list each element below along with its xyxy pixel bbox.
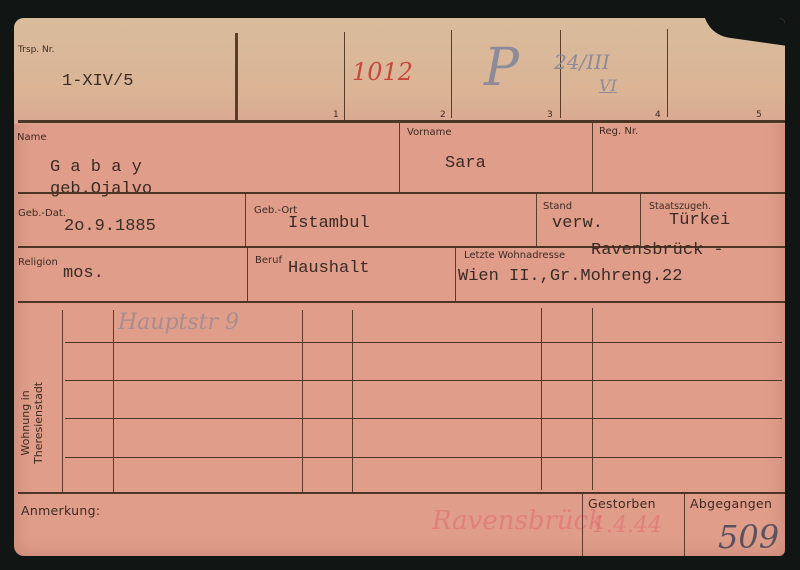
beruf-value: Haushalt	[288, 259, 370, 278]
name-divider-2	[592, 123, 593, 193]
staatszugeh-value: Türkei	[669, 211, 730, 230]
column-4-pencil-date-top: 24/III	[554, 50, 610, 74]
grid-vline-6	[592, 308, 593, 490]
letzte-wohnadresse-line2: Wien II.,Gr.Mohreng.22	[458, 267, 682, 286]
stand-value: verw.	[552, 214, 603, 233]
name-label: Name	[17, 132, 47, 143]
anmerkung-faint-red-text: Ravensbrück	[432, 506, 604, 536]
geb-dat-label: Geb.-Dat.	[18, 208, 66, 219]
beruf-label: Beruf	[255, 255, 282, 266]
grid-vline-5	[541, 308, 542, 490]
top-divider-2	[451, 30, 452, 118]
grid-vline-4	[352, 310, 353, 492]
birth-divider-2	[536, 194, 537, 246]
registration-card: Trsp. Nr. 1-XIV/5 1 2 3 4 5 1012 P 24/II…	[14, 18, 785, 556]
column-2-handwritten-number: 1012	[352, 58, 413, 86]
birth-divider-3	[640, 194, 641, 246]
anmerkung-label: Anmerkung:	[21, 503, 100, 518]
grid-vline-3	[302, 310, 303, 492]
top-row-bottom-rule	[18, 120, 785, 123]
column-number-5: 5	[756, 110, 762, 120]
top-divider-3	[560, 30, 561, 118]
abgegangen-label: Abgegangen	[690, 496, 772, 511]
top-divider-thick	[235, 33, 238, 122]
grid-hline-2	[65, 380, 782, 381]
geb-ort-value: Istambul	[288, 214, 370, 233]
birth-divider-1	[245, 194, 246, 246]
side-label-line-1: Wohnung in	[19, 382, 32, 464]
column-3-pencil-letter: P	[484, 38, 519, 98]
bottom-divider-2	[684, 494, 685, 556]
surname-value: G a b a y	[50, 158, 142, 177]
bottom-divider-1	[582, 494, 583, 556]
religion-divider-1	[247, 248, 248, 302]
grid-entry-1-pencil: Hauptstr 9	[118, 310, 239, 335]
top-divider-4	[667, 29, 668, 117]
column-number-1: 1	[333, 110, 339, 120]
letzte-wohnadresse-label: Letzte Wohnadresse	[464, 250, 565, 261]
column-number-2: 2	[440, 110, 446, 120]
grid-vline-2	[113, 310, 114, 492]
grid-hline-1	[65, 342, 782, 343]
column-number-3: 3	[547, 110, 553, 120]
abgegangen-pencil-number: 509	[718, 518, 779, 556]
name-divider-1	[399, 123, 400, 193]
transport-number-label: Trsp. Nr.	[18, 45, 54, 55]
grid-hline-4	[65, 457, 782, 458]
gestorben-label: Gestorben	[588, 496, 656, 511]
vorname-label: Vorname	[407, 127, 451, 138]
religion-row-bottom-rule	[18, 301, 785, 303]
column-number-4: 4	[655, 110, 661, 120]
reg-nr-label: Reg. Nr.	[599, 126, 638, 137]
wohnung-in-theresienstadt-label: Wohnung in Theresienstadt	[19, 382, 45, 464]
religion-label: Religion	[18, 257, 58, 268]
stand-label: Stand	[543, 201, 572, 212]
grid-vline-1	[62, 310, 63, 492]
gestorben-faint-red-text: 1.4.44	[592, 513, 662, 538]
religion-divider-2	[455, 248, 456, 302]
vorname-value: Sara	[445, 154, 486, 173]
geb-dat-value: 2o.9.1885	[64, 217, 156, 236]
religion-value: mos.	[63, 264, 104, 283]
column-4-pencil-date-bottom: VI	[599, 76, 617, 95]
grid-hline-3	[65, 418, 782, 419]
name-row-bottom-rule	[18, 192, 785, 194]
transport-number-value: 1-XIV/5	[62, 72, 133, 91]
letzte-wohnadresse-line1: Ravensbrück -	[591, 241, 724, 260]
side-label-line-2: Theresienstadt	[32, 382, 45, 464]
top-divider-1	[344, 32, 345, 120]
maiden-name-value: geb.Ojalvo	[50, 180, 152, 199]
grid-bottom-rule	[18, 492, 785, 494]
